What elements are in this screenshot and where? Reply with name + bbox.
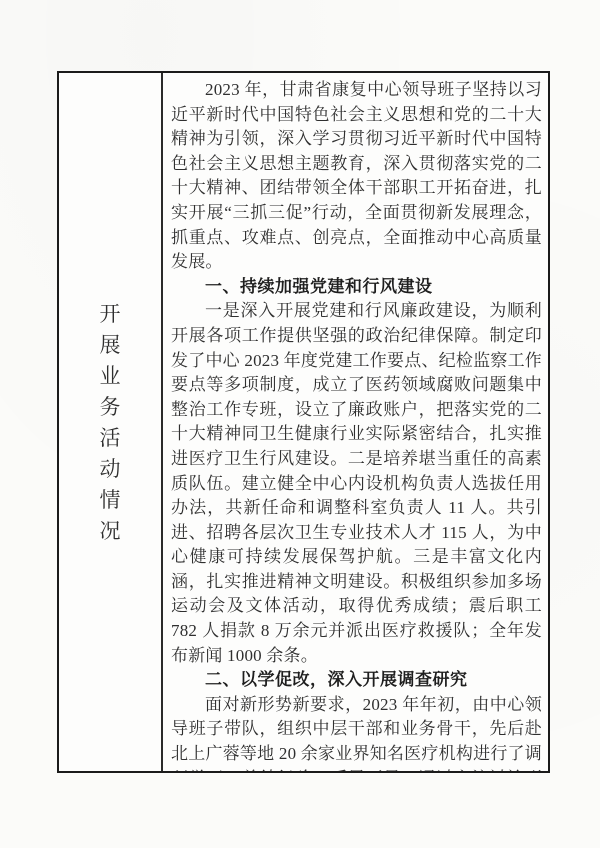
row-label-char: 情 [100, 485, 121, 516]
row-label-char: 动 [100, 454, 121, 485]
content-cell: 2023 年，甘肃省康复中心领导班子坚持以习近平新时代中国特色社会主义思想和党的… [163, 73, 548, 771]
row-label-char: 展 [100, 330, 121, 361]
body-paragraph: 面对新形势新要求，2023 年年初，由中心领导班子带队，组织中层干部和业务骨干，… [171, 693, 542, 771]
row-label-char: 开 [100, 299, 121, 330]
row-label-cell: 开展业务活动情况 [59, 73, 163, 771]
row-label-char: 务 [100, 392, 121, 423]
section-heading: 二、以学促改，深入开展调查研究 [171, 668, 542, 693]
scanned-document-page: 开展业务活动情况 2023 年，甘肃省康复中心领导班子坚持以习近平新时代中国特色… [0, 0, 600, 848]
row-label-char: 业 [100, 361, 121, 392]
report-table: 开展业务活动情况 2023 年，甘肃省康复中心领导班子坚持以习近平新时代中国特色… [57, 71, 550, 773]
row-label-char: 况 [100, 516, 121, 547]
body-paragraph: 2023 年，甘肃省康复中心领导班子坚持以习近平新时代中国特色社会主义思想和党的… [171, 78, 542, 275]
row-label-char: 活 [100, 423, 121, 454]
section-heading: 一、持续加强党建和行风建设 [171, 275, 542, 300]
body-paragraph: 一是深入开展党建和行风廉政建设，为顺利开展各项工作提供坚强的政治纪律保障。制定印… [171, 299, 542, 668]
row-label: 开展业务活动情况 [59, 299, 161, 547]
